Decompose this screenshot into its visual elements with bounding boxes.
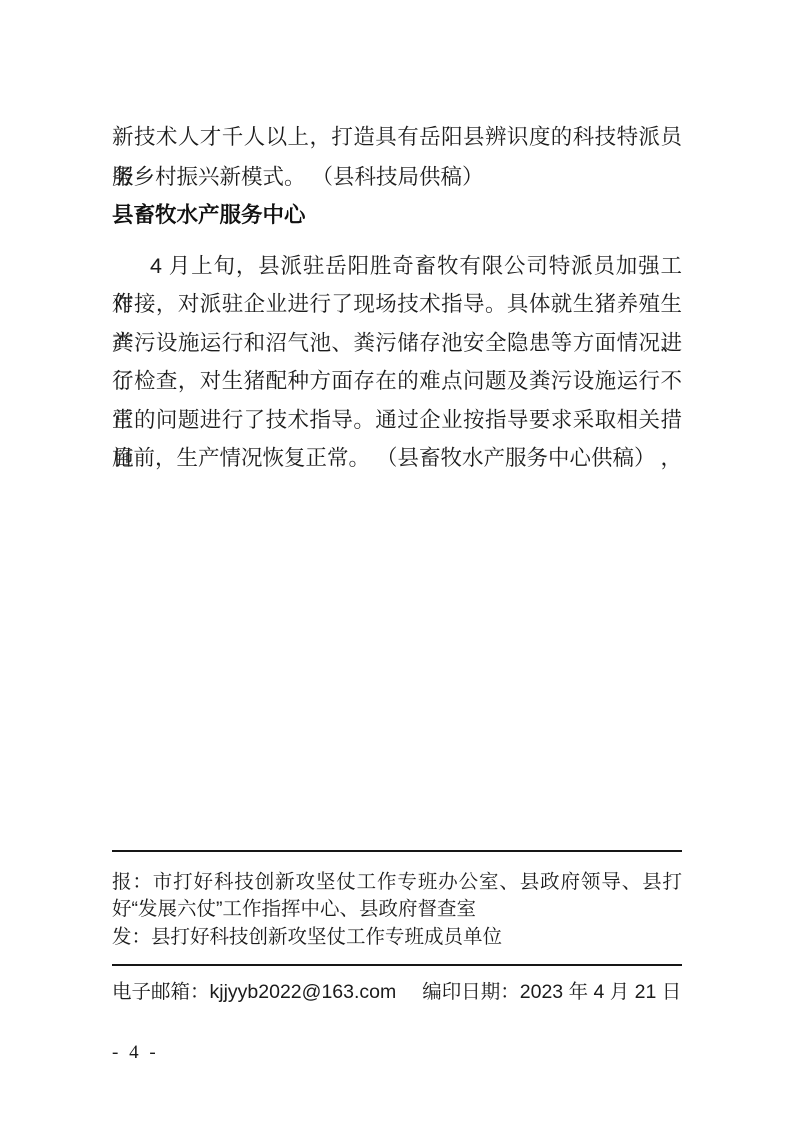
distribution-line: 报：市打好科技创新攻坚仗工作专班办公室、县政府领导、县打 (112, 869, 682, 896)
divider-rule-bottom (112, 964, 682, 966)
body-line: 粪污设施运行和沼气池、粪污储存池安全隐患等方面情况进行 (112, 324, 682, 362)
article-continuation: 新技术人才千人以上，打造具有岳阳县辨识度的科技特派员服 务乡村振兴新模式。 （县… (112, 117, 682, 197)
distribution-line: 好“发展六仗”工作指挥中心、县政府督查室 (112, 896, 682, 923)
page-number: - 4 - (112, 1042, 159, 1064)
document-page: 新技术人才千人以上，打造具有岳阳县辨识度的科技特派员服 务乡村振兴新模式。 （县… (0, 0, 793, 1121)
email-value: kjjyyb2022@163.com (210, 979, 397, 1006)
email-label: 电子邮箱： (112, 979, 210, 1006)
body-line: 务乡村振兴新模式。 （县科技局供稿） (112, 157, 682, 197)
distribution-line: 发：县打好科技创新攻坚仗工作专班成员单位 (112, 924, 682, 951)
body-line: 目前，生产情况恢复正常。 （县畜牧水产服务中心供稿） (112, 439, 682, 477)
email-date-line: 电子邮箱：kjjyyb2022@163.com编印日期：2023 年 4 月 2… (112, 979, 682, 1006)
body-line: 新技术人才千人以上，打造具有岳阳县辨识度的科技特派员服 (112, 117, 682, 157)
body-line: 了检查，对生猪配种方面存在的难点问题及粪污设施运行不正 (112, 362, 682, 400)
print-date-label: 编印日期： (422, 979, 520, 1006)
section-paragraph: 4 月上旬，县派驻岳阳胜奇畜牧有限公司特派员加强工作 对接，对派驻企业进行了现场… (112, 247, 682, 477)
body-line: 常的问题进行了技术指导。通过企业按指导要求采取相关措施， (112, 401, 682, 439)
divider-rule-top (112, 850, 682, 852)
body-line: 4 月上旬，县派驻岳阳胜奇畜牧有限公司特派员加强工作 (112, 247, 682, 285)
print-date-value: 2023 年 4 月 21 日 (520, 979, 682, 1006)
section-heading: 县畜牧水产服务中心 (112, 201, 682, 229)
distribution-block: 报：市打好科技创新攻坚仗工作专班办公室、县政府领导、县打 好“发展六仗”工作指挥… (112, 869, 682, 951)
body-line: 对接，对派驻企业进行了现场技术指导。具体就生猪养殖生产、 (112, 285, 682, 323)
